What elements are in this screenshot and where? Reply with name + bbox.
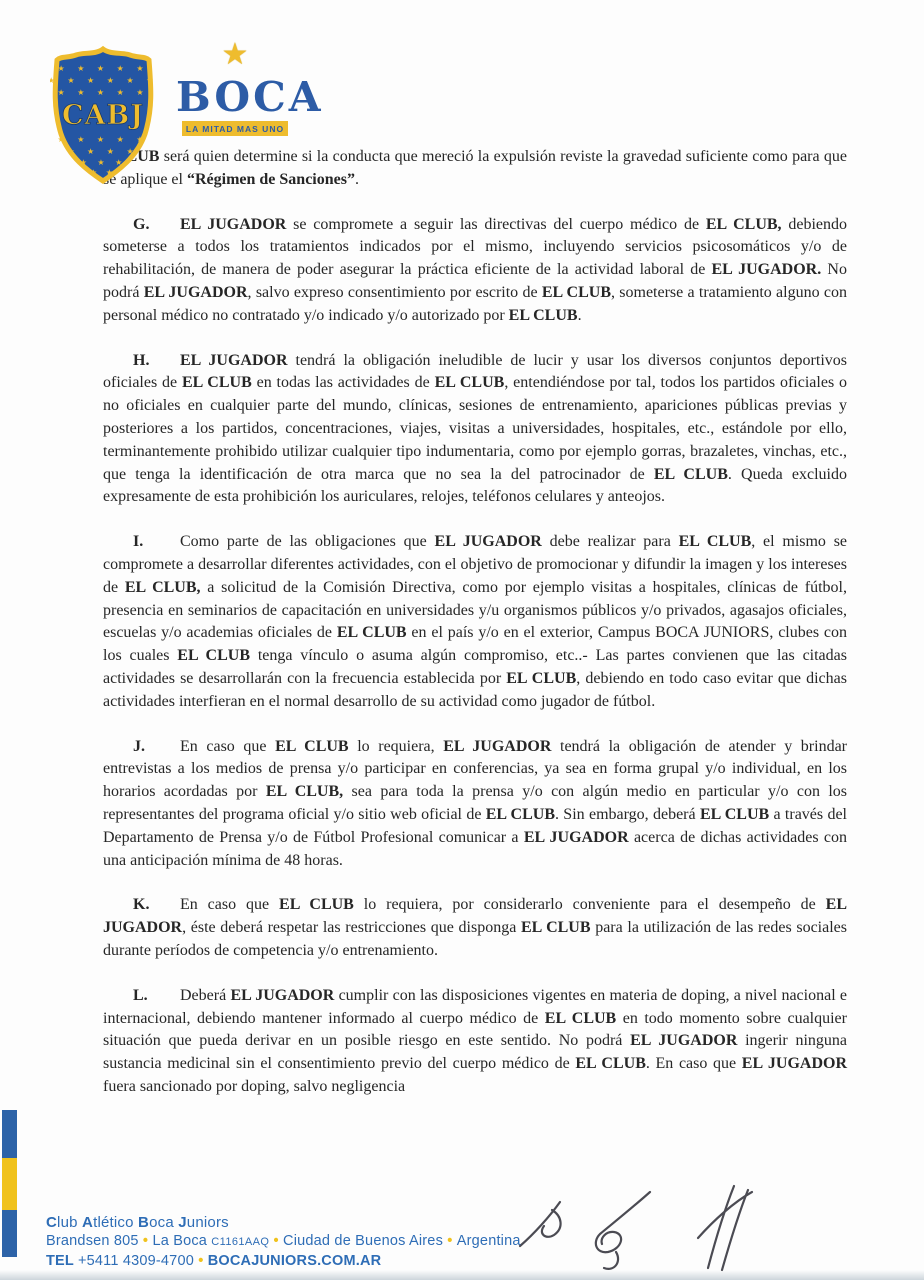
accent-bar-blue-top (2, 1110, 17, 1158)
contract-text: CLUB será quien determine si la conducta… (103, 146, 847, 1121)
contract-section: I.Como parte de las obligaciones que EL … (103, 531, 847, 713)
section-letter: L. (133, 985, 180, 1008)
initial-mark-2 (596, 1192, 650, 1269)
scanned-contract-page: ★ ★ ★ ★ ★ ★ ★ ★ ★ ★ ★ ★ ★ ★ ★ ★ CABJ ★ ★… (0, 0, 924, 1280)
svg-text:★ ★ ★ ★ ★: ★ ★ ★ ★ ★ (57, 88, 148, 97)
section-body: Como parte de las obligaciones que EL JU… (103, 533, 847, 710)
section-letter: J. (133, 736, 180, 759)
initial-mark-1 (520, 1202, 561, 1246)
contract-section: G.EL JUGADOR se compromete a seguir las … (103, 214, 847, 328)
footer: Club Atlético Boca Juniors Brandsen 805 … (46, 1213, 521, 1271)
svg-text:★ ★: ★ ★ (90, 168, 116, 177)
signature-initials-icon (512, 1180, 782, 1280)
svg-text:★ ★ ★ ★ ★: ★ ★ ★ ★ ★ (57, 64, 148, 73)
section-body: En caso que EL CLUB lo requiera, por con… (103, 896, 847, 959)
initial-mark-3 (698, 1186, 752, 1270)
section-body: EL JUGADOR tendrá la obligación ineludib… (103, 352, 847, 506)
contract-sections: G.EL JUGADOR se compromete a seguir las … (103, 214, 847, 1099)
svg-text:★ ★ ★ ★ ★ ★: ★ ★ ★ ★ ★ ★ (50, 76, 156, 85)
section-body: Deberá EL JUGADOR cumplir con las dispos… (103, 987, 847, 1095)
contract-section: L.Deberá EL JUGADOR cumplir con las disp… (103, 985, 847, 1099)
section-letter: H. (133, 350, 180, 373)
tagline-banner: LA MITAD MAS UNO (182, 121, 288, 136)
accent-bar-blue-bottom (2, 1210, 17, 1257)
star-icon: ★ (176, 40, 294, 70)
footer-contact: TEL +5411 4309-4700 • BOCAJUNIORS.COM.AR (46, 1252, 521, 1271)
shield-monogram: CABJ (62, 100, 144, 131)
section-body: EL JUGADOR se compromete a seguir las di… (103, 216, 847, 324)
section-letter: K. (133, 894, 180, 917)
boca-wordmark: BOCA (176, 76, 294, 118)
accent-bar-gold (2, 1158, 17, 1210)
cabj-shield-icon: ★ ★ ★ ★ ★ ★ ★ ★ ★ ★ ★ ★ ★ ★ ★ ★ CABJ ★ ★… (50, 44, 156, 186)
scan-bottom-edge (0, 1270, 924, 1280)
footer-club-name: Club Atlético Boca Juniors (46, 1213, 521, 1232)
svg-text:★ ★ ★ ★ ★: ★ ★ ★ ★ ★ (57, 135, 148, 144)
contract-section: H.EL JUGADOR tendrá la obligación inelud… (103, 350, 847, 510)
contract-section: J.En caso que EL CLUB lo requiera, EL JU… (103, 736, 847, 873)
club-logo: ★ ★ ★ ★ ★ ★ ★ ★ ★ ★ ★ ★ ★ ★ ★ ★ CABJ ★ ★… (50, 44, 300, 189)
footer-address: Brandsen 805 • La Boca C1161AAQ • Ciudad… (46, 1232, 521, 1252)
svg-text:★ ★ ★ ★: ★ ★ ★ ★ (67, 147, 138, 156)
section-body: En caso que EL CLUB lo requiera, EL JUGA… (103, 738, 847, 869)
contract-section: K.En caso que EL CLUB lo requiera, por c… (103, 894, 847, 962)
svg-text:★ ★ ★: ★ ★ ★ (80, 158, 127, 167)
boca-wordmark-block: ★ BOCA LA MITAD MAS UNO (176, 40, 294, 136)
accent-bar (2, 1110, 17, 1257)
section-letter: G. (133, 214, 180, 237)
section-letter: I. (133, 531, 180, 554)
